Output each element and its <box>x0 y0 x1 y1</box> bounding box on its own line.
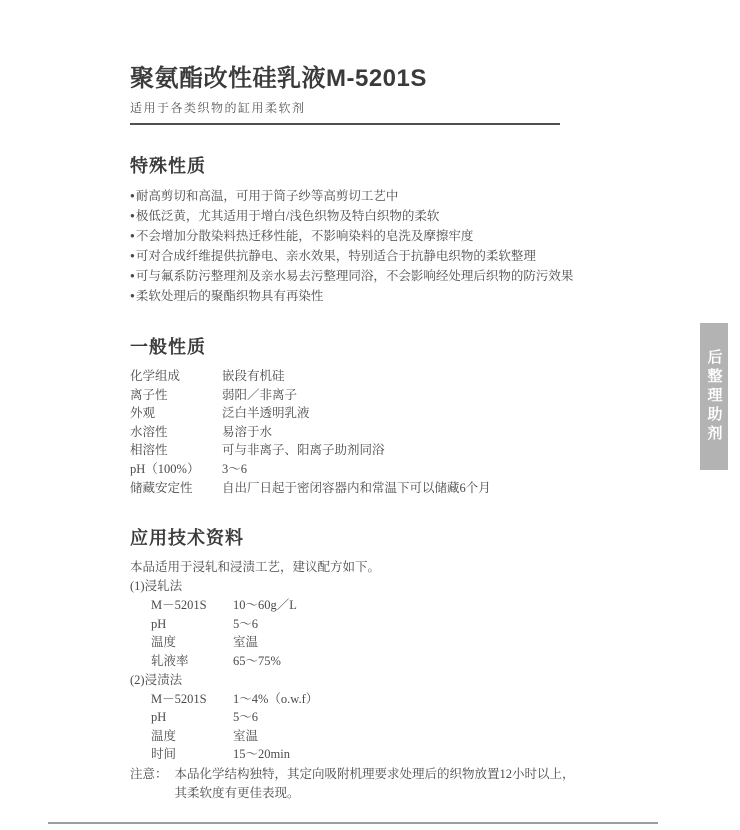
method-pad: (1)浸轧法 M－5201S 10～60g／L pH 5～6 温度 室温 轧液率… <box>130 577 620 670</box>
general-properties-heading: 一般性质 <box>130 333 620 359</box>
bullet-icon: ● <box>130 191 135 200</box>
parameter-value: 10～60g／L <box>233 596 297 615</box>
property-value: 易溶于水 <box>222 423 272 442</box>
bullet-icon: ● <box>130 291 135 300</box>
parameter-label: M－5201S <box>151 596 233 615</box>
general-properties-table: 化学组成 嵌段有机硅 离子性 弱阳／非离子 外观 泛白半透明乳液 水溶性 易溶于… <box>130 367 620 497</box>
table-row: M－5201S 1～4%（o.w.f） <box>151 690 620 709</box>
bullet-text: 极低泛黄，尤其适用于增白/浅色织物及特白织物的柔软 <box>136 209 439 223</box>
footer-divider <box>48 822 658 824</box>
parameter-label: pH <box>151 615 233 634</box>
table-row: 水溶性 易溶于水 <box>130 423 620 442</box>
bullet-text: 柔软处理后的聚酯织物具有再染性 <box>136 289 324 303</box>
bullet-item: ●柔软处理后的聚酯织物具有再染性 <box>130 286 620 306</box>
table-row: 时间 15～20min <box>151 745 620 764</box>
table-row: 离子性 弱阳／非离子 <box>130 386 620 405</box>
parameter-value: 室温 <box>233 727 258 746</box>
note-line: 其柔软度有更佳表现。 <box>175 784 575 803</box>
bullet-text: 不会增加分散染料热迁移性能，不影响染料的皂洗及摩擦牢度 <box>136 229 474 243</box>
method-name: (1)浸轧法 <box>130 577 620 596</box>
parameter-value: 1～4%（o.w.f） <box>233 690 318 709</box>
note-label: 注意： <box>130 765 168 802</box>
note-line: 本品化学结构独特，其定向吸附机理要求处理后的织物放置12小时以上， <box>175 765 575 784</box>
bullet-item: ●可与氟系防污整理剂及亲水易去污整理同浴，不会影响经处理后织物的防污效果 <box>130 266 620 286</box>
property-label: 化学组成 <box>130 367 222 386</box>
property-value: 泛白半透明乳液 <box>222 404 310 423</box>
table-row: 储藏安定性 自出厂日起于密闭容器内和常温下可以储藏6个月 <box>130 479 620 498</box>
bullet-text: 耐高剪切和高温，可用于筒子纱等高剪切工艺中 <box>136 189 399 203</box>
page-title: 聚氨酯改性硅乳液M-5201S <box>130 58 620 93</box>
table-row: 温度 室温 <box>151 633 620 652</box>
table-row: 相溶性 可与非离子、阳离子助剂同浴 <box>130 441 620 460</box>
table-row: 外观 泛白半透明乳液 <box>130 404 620 423</box>
bullet-icon: ● <box>130 211 135 220</box>
parameter-value: 15～20min <box>233 745 290 764</box>
bullet-icon: ● <box>130 251 135 260</box>
property-value: 3～6 <box>222 460 247 479</box>
page-subtitle: 适用于各类织物的缸用柔软剂 <box>130 99 620 116</box>
property-value: 嵌段有机硅 <box>222 367 285 386</box>
property-label: pH（100%） <box>130 460 222 479</box>
section-application-data: 应用技术资料 本品适用于浸轧和浸渍工艺，建议配方如下。 (1)浸轧法 M－520… <box>130 524 620 802</box>
table-row: 化学组成 嵌段有机硅 <box>130 367 620 386</box>
property-label: 储藏安定性 <box>130 479 222 498</box>
table-row: pH 5～6 <box>151 615 620 634</box>
bullet-item: ●不会增加分散染料热迁移性能，不影响染料的皂洗及摩擦牢度 <box>130 226 620 246</box>
parameter-value: 5～6 <box>233 615 258 634</box>
section-general-properties: 一般性质 化学组成 嵌段有机硅 离子性 弱阳／非离子 外观 泛白半透明乳液 水溶… <box>130 333 620 497</box>
parameter-value: 5～6 <box>233 708 258 727</box>
document-page: 聚氨酯改性硅乳液M-5201S 适用于各类织物的缸用柔软剂 特殊性质 ●耐高剪切… <box>0 0 740 830</box>
bullet-icon: ● <box>130 231 135 240</box>
property-value: 可与非离子、阳离子助剂同浴 <box>222 441 385 460</box>
special-properties-heading: 特殊性质 <box>130 152 620 178</box>
table-row: 轧液率 65～75% <box>151 652 620 671</box>
bullet-item: ●可对合成纤维提供抗静电、亲水效果，特别适合于抗静电织物的柔软整理 <box>130 246 620 266</box>
property-value: 自出厂日起于密闭容器内和常温下可以储藏6个月 <box>222 479 491 498</box>
parameter-value: 室温 <box>233 633 258 652</box>
parameter-label: 温度 <box>151 727 233 746</box>
property-label: 相溶性 <box>130 441 222 460</box>
property-label: 外观 <box>130 404 222 423</box>
side-tab-finishing-auxiliary: 后整理助剂 <box>700 323 728 470</box>
method-exhaust: (2)浸渍法 M－5201S 1～4%（o.w.f） pH 5～6 温度 室温 … <box>130 671 620 764</box>
property-label: 水溶性 <box>130 423 222 442</box>
property-value: 弱阳／非离子 <box>222 386 297 405</box>
bullet-icon: ● <box>130 271 135 280</box>
table-row: 温度 室温 <box>151 727 620 746</box>
note: 注意： 本品化学结构独特，其定向吸附机理要求处理后的织物放置12小时以上， 其柔… <box>130 765 620 802</box>
parameter-value: 65～75% <box>233 652 281 671</box>
special-properties-list: ●耐高剪切和高温，可用于筒子纱等高剪切工艺中 ●极低泛黄，尤其适用于增白/浅色织… <box>130 186 620 306</box>
application-data-heading: 应用技术资料 <box>130 524 620 550</box>
table-row: M－5201S 10～60g／L <box>151 596 620 615</box>
bullet-text: 可对合成纤维提供抗静电、亲水效果，特别适合于抗静电织物的柔软整理 <box>136 249 536 263</box>
method-name: (2)浸渍法 <box>130 671 620 690</box>
parameter-label: 时间 <box>151 745 233 764</box>
doc-header: 聚氨酯改性硅乳液M-5201S 适用于各类织物的缸用柔软剂 <box>130 58 620 125</box>
parameter-label: 轧液率 <box>151 652 233 671</box>
bullet-item: ●极低泛黄，尤其适用于增白/浅色织物及特白织物的柔软 <box>130 206 620 226</box>
parameter-label: pH <box>151 708 233 727</box>
section-special-properties: 特殊性质 ●耐高剪切和高温，可用于筒子纱等高剪切工艺中 ●极低泛黄，尤其适用于增… <box>130 152 620 306</box>
note-body: 本品化学结构独特，其定向吸附机理要求处理后的织物放置12小时以上， 其柔软度有更… <box>175 765 575 802</box>
application-intro: 本品适用于浸轧和浸渍工艺，建议配方如下。 <box>130 558 620 577</box>
table-row: pH 5～6 <box>151 708 620 727</box>
bullet-text: 可与氟系防污整理剂及亲水易去污整理同浴，不会影响经处理后织物的防污效果 <box>136 269 574 283</box>
table-row: pH（100%） 3～6 <box>130 460 620 479</box>
parameter-label: M－5201S <box>151 690 233 709</box>
title-divider <box>130 123 560 125</box>
property-label: 离子性 <box>130 386 222 405</box>
bullet-item: ●耐高剪切和高温，可用于筒子纱等高剪切工艺中 <box>130 186 620 206</box>
page-content: 聚氨酯改性硅乳液M-5201S 适用于各类织物的缸用柔软剂 特殊性质 ●耐高剪切… <box>0 0 740 802</box>
parameter-label: 温度 <box>151 633 233 652</box>
